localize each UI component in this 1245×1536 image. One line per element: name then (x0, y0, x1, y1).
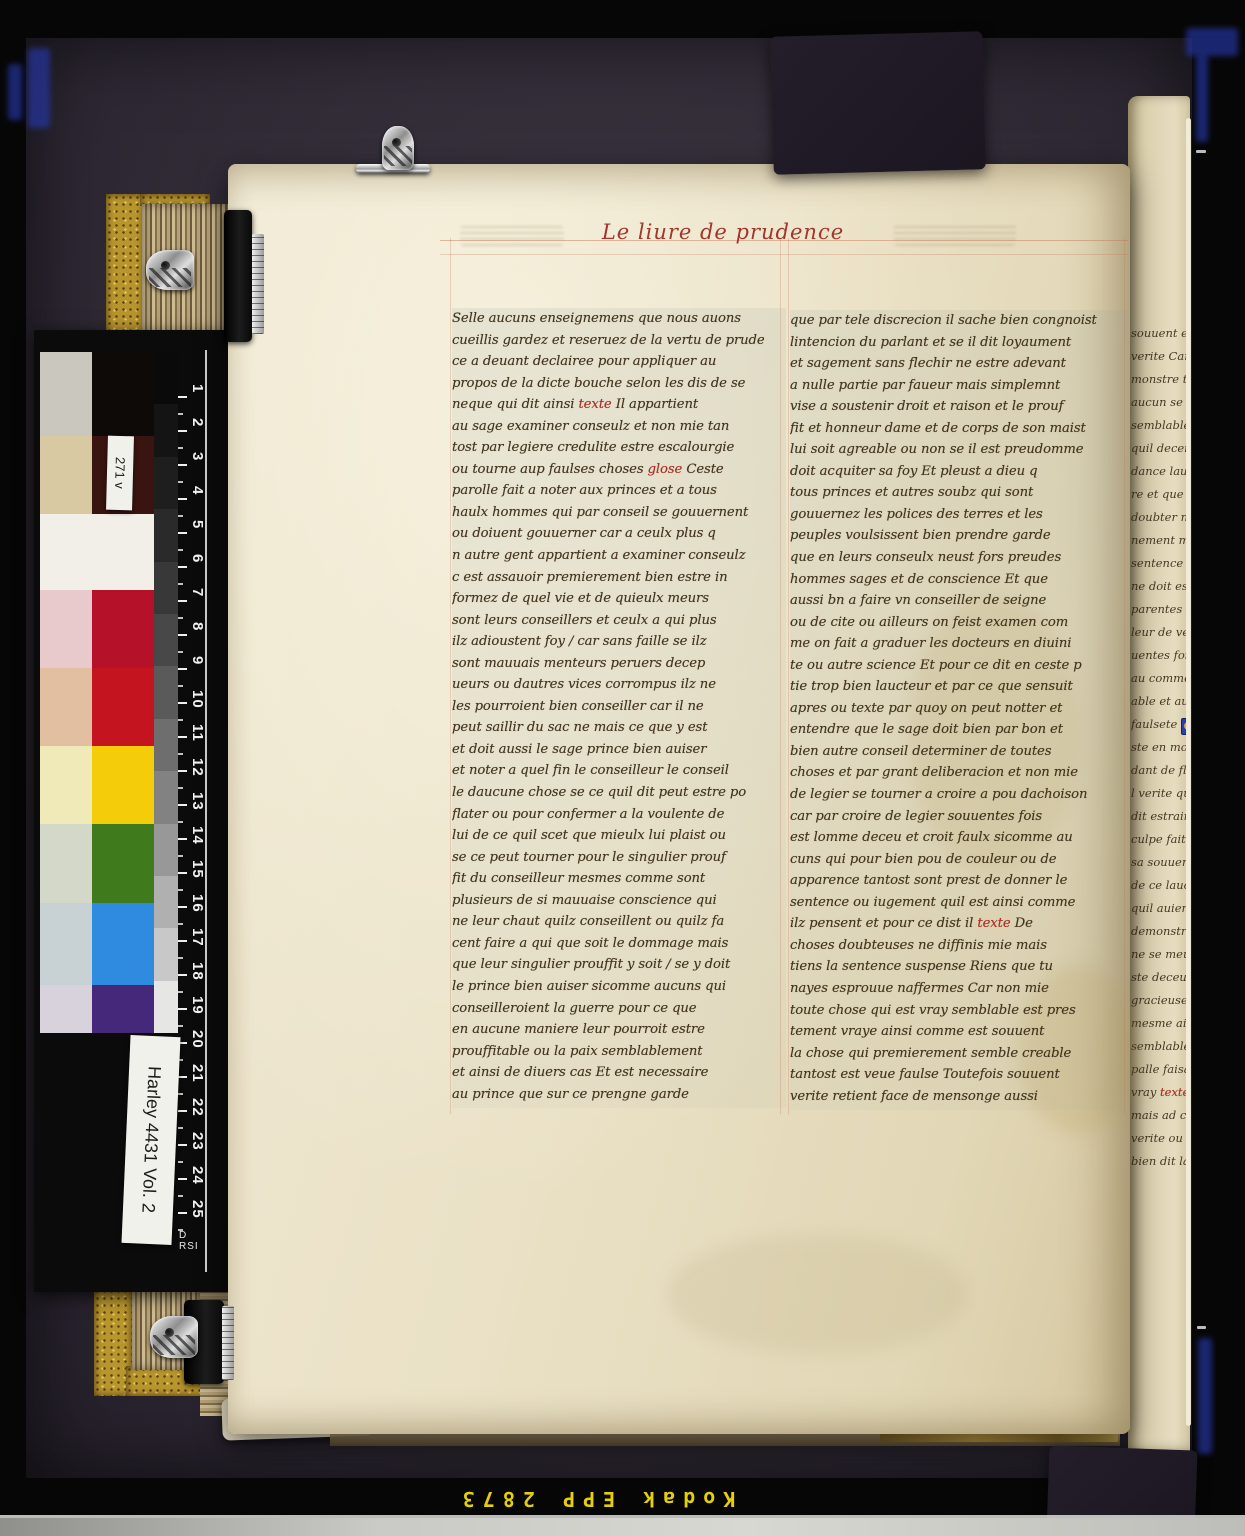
color-swatch (40, 668, 92, 746)
ruler-tick-major (178, 974, 187, 976)
ruler-number: 11 (186, 724, 206, 754)
manuscript-line: et doit aussi le sage prince bien auiser (452, 739, 786, 761)
ruler-tick-minor (178, 991, 183, 993)
ruler-number: 21 (186, 1064, 206, 1094)
ruler-number: 6 (186, 554, 206, 584)
ruler-tick-minor (178, 549, 183, 551)
edge-text-line: demonstre sa chie (1131, 920, 1187, 943)
grayscale-step (154, 352, 178, 404)
manuscript-line: au prince que sur ce prengne garde (452, 1084, 786, 1106)
manuscript-line: me on fait a graduer les docteurs en diu… (790, 633, 1128, 655)
manuscript-line: ce a deuant declairee pour appliquer au (452, 351, 786, 373)
grayscale-step (154, 457, 178, 509)
bulldog-clip-bottom (150, 1316, 198, 1358)
edge-text-line: bien dit laucteur (1131, 1150, 1187, 1173)
grayscale-step (154, 719, 178, 771)
ruler-tick-minor (178, 413, 183, 415)
clip-strap-left (224, 210, 252, 342)
manuscript-line: apres ou texte par quoy on peut notter e… (790, 698, 1128, 720)
manuscript-line: que par tele discrecion il sache bien co… (790, 310, 1128, 332)
edge-text-line: souuent est occul (1131, 322, 1187, 345)
color-swatch (40, 824, 92, 903)
ruler-number: 13 (186, 792, 206, 822)
manuscript-line: ilz pensent et pour ce dist il texte De (790, 913, 1128, 935)
manuscript-line: aussi bn a faire vn conseiller de seigne (790, 590, 1128, 612)
ruler-tick-minor (178, 753, 183, 755)
manuscript-line: peuples voulsissent bien prendre garde (790, 525, 1128, 547)
film-strip-left (252, 234, 264, 334)
edge-text-line: dit estraindre lo (1131, 805, 1187, 828)
ruler-tick-major (178, 532, 187, 534)
ruler-tick-minor (178, 1229, 183, 1231)
manuscript-line: cuns qui pour bien pou de couleur ou de (790, 849, 1128, 871)
edge-text-line: uentes fois ce qui (1131, 644, 1187, 667)
manuscript-line: verite retient face de mensonge aussi (790, 1086, 1128, 1108)
ruler-tick-minor (178, 957, 183, 959)
edge-text-line: palle faisant a c (1131, 1058, 1187, 1081)
ruler-tick-minor (178, 481, 183, 483)
color-swatch (92, 746, 154, 824)
edge-text-line: gracieuse et si (1131, 989, 1187, 1012)
manuscript-line: gouuernez les polices des terres et les (790, 504, 1128, 526)
scanner-bed-strip (0, 1518, 1245, 1536)
color-swatch (92, 668, 154, 746)
manuscript-line: choses et par grant deliberacion et non … (790, 762, 1128, 784)
manuscript-line: tie trop bien laucteur et par ce que sen… (790, 676, 1128, 698)
manuscript-line: fit du conseilleur mesmes comme sont (452, 868, 786, 890)
manuscript-line: ueurs ou dautres vices corrompus ilz ne (452, 674, 786, 696)
ruler-tick-minor (178, 447, 183, 449)
manuscript-line: neque qui dit ainsi texte Il appartient (452, 394, 786, 416)
color-swatch (92, 352, 154, 436)
manuscript-line: tantost est veue faulse Toutefois souuen… (790, 1064, 1128, 1086)
grayscale-step (154, 666, 178, 718)
ruler-tick-minor (178, 1161, 183, 1163)
grayscale-step (154, 876, 178, 928)
ruler-number: 25 (186, 1200, 206, 1230)
manuscript-line: hommes sages et de conscience Et que (790, 569, 1128, 591)
ruler-number: 24 (186, 1166, 206, 1196)
manuscript-line: c est assauoir premierement bien estre i… (452, 567, 786, 589)
bulldog-clip-top (382, 126, 414, 170)
film-edge-dash (1197, 1326, 1206, 1329)
film-blue-mark (8, 64, 22, 120)
color-swatch (40, 746, 92, 824)
edge-text-line: mesme ainsi fau (1131, 1012, 1187, 1035)
running-title: Le liure de prudence (558, 220, 888, 244)
manuscript-line: sont mauuais menteurs peruers decep (452, 653, 786, 675)
manuscript-line: le prince bien auiser sicomme aucuns qui (452, 976, 786, 998)
ruler-tick-major (178, 1110, 187, 1112)
manuscript-line: tement vraye ainsi comme est souuent (790, 1021, 1128, 1043)
page-edge-highlight (1186, 118, 1191, 1426)
edge-text-line: dant de flourir (1131, 759, 1187, 782)
manuscript-line: de legier se tourner a croire a pou dach… (790, 784, 1128, 806)
edge-text-line: l verite qui face (1131, 782, 1187, 805)
edge-text-line: ne se meut il po (1131, 943, 1187, 966)
gilt-edge-top (106, 194, 144, 336)
edge-text-line: parentes et bon (1131, 598, 1187, 621)
manuscript-line: le daucune chose se ce quil dit peut est… (452, 782, 786, 804)
grayscale-step (154, 562, 178, 614)
ruler-tick-minor (178, 889, 183, 891)
color-swatch (40, 352, 92, 436)
edge-text-line: nement mais se (1131, 529, 1187, 552)
manuscript-line: propos de la dicte bouche selon les dis … (452, 373, 786, 395)
ruler-tick-minor (178, 1025, 183, 1027)
edge-text-line: sa souuent face (1131, 851, 1187, 874)
edge-text-line: leur de verite ne (1131, 621, 1187, 644)
photograph-frame: D RSI 1234567891011121314151617181920212… (0, 0, 1245, 1536)
ruler-tick-major (178, 838, 187, 840)
ruler-number: 4 (186, 486, 206, 516)
folio-number-label: 271 v (106, 436, 134, 511)
manuscript-line: se ce peut tourner pour le singulier pro… (452, 847, 786, 869)
edge-text-line: vray texte T (1131, 1081, 1187, 1104)
film-blue-mark (1196, 54, 1208, 142)
manuscript-line: tost par legiere credulite estre escalou… (452, 437, 786, 459)
manuscript-line: choses doubteuses ne diffinis mie mais (790, 935, 1128, 957)
edge-text-line: ste deceueur em (1131, 966, 1187, 989)
ruler-number: 16 (186, 894, 206, 924)
ruler-tick-major (178, 1076, 187, 1078)
ruler-number: 7 (186, 588, 206, 618)
manuscript-line: ne leur chaut quilz conseillent ou quilz… (452, 911, 786, 933)
swatch-row (40, 903, 154, 985)
ruler-number: 5 (186, 520, 206, 550)
manuscript-line: que leur singulier prouffit y soit / se … (452, 954, 786, 976)
color-swatch (92, 590, 154, 668)
edge-text-line: semblable est cou (1131, 414, 1187, 437)
color-swatch (92, 903, 154, 985)
ruled-line-top-2 (440, 254, 1128, 255)
clip-ridges (149, 268, 191, 287)
film-edge-dash (1196, 150, 1206, 153)
ruler-tick-major (178, 396, 187, 398)
ruler-tick-major (178, 1178, 187, 1180)
manuscript-line: lui soit agreable ou non se il est preud… (790, 439, 1128, 461)
swatch-row (40, 352, 154, 436)
bulldog-clip-left (146, 250, 194, 290)
edge-text-line: mais ad ce que c (1131, 1104, 1187, 1127)
grayscale-step (154, 509, 178, 561)
ruler-tick-minor (178, 685, 183, 687)
ruled-column-line (450, 238, 451, 1114)
ruler-tick-minor (178, 651, 183, 653)
fabric-flap-top (770, 31, 986, 175)
rubric-word: glose (648, 462, 683, 477)
manuscript-line: fit et honneur dame et de corps de son m… (790, 418, 1128, 440)
manuscript-line: apparence tantost sont prest de donner l… (790, 870, 1128, 892)
manuscript-line: sentence ou iugement quil est ainsi comm… (790, 892, 1128, 914)
shelfmark-text: Harley 4431 Vol. 2 (137, 1066, 164, 1214)
edge-text-line: ne doit estre (1131, 575, 1187, 598)
edge-text-line: de ce laucteur don (1131, 874, 1187, 897)
ruler-tick-major (178, 770, 187, 772)
manuscript-line: ou tourne aup faulses choses glose Ceste (452, 459, 786, 481)
ruler-number: 9 (186, 656, 206, 686)
manuscript-line: ilz adioustent foy / car sans faille se … (452, 631, 786, 653)
grayscale-step (154, 824, 178, 876)
film-blue-mark (1198, 1338, 1212, 1454)
manuscript-line: au sage examiner conseulz et non mie tan (452, 416, 786, 438)
ruler-tick-minor (178, 923, 183, 925)
ruler-tick-minor (178, 855, 183, 857)
grayscale-step (154, 771, 178, 823)
edge-text-line: re et que len peut (1131, 483, 1187, 506)
manuscript-line: parolle fait a noter aux princes et a to… (452, 480, 786, 502)
manuscript-line: peut saillir du sac ne mais ce que y est (452, 717, 786, 739)
edge-text-line: able et auient sou (1131, 690, 1187, 713)
show-through-smudge (894, 224, 1016, 246)
ruler-tick-major (178, 634, 187, 636)
swatch-row (40, 436, 154, 514)
show-through-smudge (460, 226, 564, 246)
ruler-tick-major (178, 736, 187, 738)
ruler-tick-major (178, 600, 187, 602)
ruler-tick-major (178, 1008, 187, 1010)
swatch-row (40, 985, 154, 1033)
text-column-right: que par tele discrecion il sache bien co… (790, 310, 1128, 1110)
parchment-stain (668, 1234, 968, 1354)
edge-text-line: quil auient aucu (1131, 897, 1187, 920)
ruler-number: 8 (186, 622, 206, 652)
manuscript-line: plusieurs de si mauuaise conscience qui (452, 890, 786, 912)
ruler-number: 12 (186, 758, 206, 788)
manuscript-line: car par croire de legier souuentes fois (790, 806, 1128, 828)
edge-text-line: faulsete C Et p (1131, 713, 1187, 736)
rubric-word: texte (1160, 1085, 1187, 1099)
manuscript-line: lintencion du parlant et se il dit loyau… (790, 332, 1128, 354)
ruler-tick-minor (178, 1093, 183, 1095)
manuscript-line: tiens la sentence suspense Riens que tu (790, 956, 1128, 978)
ruler-strip: D RSI 1234567891011121314151617181920212… (178, 332, 208, 1290)
edge-text-line: verite ou confort (1131, 1127, 1187, 1150)
manuscript-line: vise a soustenir droit et raison et le p… (790, 396, 1128, 418)
ruler-number: 22 (186, 1098, 206, 1128)
ruler-number: 1 (186, 384, 206, 414)
manuscript-line: nayes esprouue naffermes Car non mie (790, 978, 1128, 1000)
manuscript-line: a nulle partie par faueur mais simplemnt (790, 375, 1128, 397)
manuscript-line: ou doiuent gouuerner car a ceulx plus q (452, 523, 786, 545)
manuscript-line: ou de cite ou ailleurs on feist examen c… (790, 612, 1128, 634)
ruler-tick-major (178, 498, 187, 500)
ruler-footer-text: D RSI (179, 1230, 208, 1252)
ruler-number: 3 (186, 452, 206, 482)
manuscript-line: flater ou pour confermer a la voulente d… (452, 804, 786, 826)
color-swatch-column (40, 352, 154, 1033)
manuscript-line: doit acquiter sa foy Et pleust a dieu q (790, 461, 1128, 483)
ruler-tick-minor (178, 515, 183, 517)
ruler-tick-minor (178, 821, 183, 823)
film-blue-mark (1186, 28, 1238, 56)
manuscript-line: et noter a quel fin le conseilleur le co… (452, 760, 786, 782)
swatch-row (40, 746, 154, 824)
edge-text-line: sentence et que (1131, 552, 1187, 575)
manuscript-line: Selle aucuns enseignemens que nous auons (452, 308, 786, 330)
edge-text-line: au commencement (1131, 667, 1187, 690)
manuscript-line: formez de quel vie et de quieulx meurs (452, 588, 786, 610)
edge-text-line: semblable en app (1131, 1035, 1187, 1058)
grayscale-strip (154, 352, 178, 1033)
color-swatch (40, 436, 92, 514)
swatch-row (40, 590, 154, 668)
ruler-tick-major (178, 566, 187, 568)
manuscript-line: que en leurs conseulx neust fors preudes (790, 547, 1128, 569)
ruler-tick-major (178, 906, 187, 908)
ruler-tick-major (178, 1212, 187, 1214)
ruled-column-line (788, 238, 789, 1114)
color-swatch (40, 903, 92, 985)
next-folio-edge-text: souuent est occulverite Car sicomonstre … (1131, 322, 1187, 1182)
edge-text-line: aucun se monst (1131, 391, 1187, 414)
ruler-tick-major (178, 804, 187, 806)
color-swatch (40, 985, 92, 1033)
grayscale-step (154, 614, 178, 666)
manuscript-line: bien autre conseil determiner de toutes (790, 741, 1128, 763)
ruler-tick-major (178, 1144, 187, 1146)
rubric-word: texte (977, 916, 1010, 931)
ruler-tick-major (178, 940, 187, 942)
clip-ridges (153, 1335, 195, 1355)
ruler-tick-minor (178, 719, 183, 721)
manuscript-line: sont leurs conseillers et ceulx a qui pl… (452, 610, 786, 632)
edge-text-line: monstre triste fig (1131, 368, 1187, 391)
manuscript-line: conseilleroient la guerre pour ce que (452, 998, 786, 1020)
manuscript-line: et sagement sans flechir ne estre adevan… (790, 353, 1128, 375)
ruler-number: 18 (186, 962, 206, 992)
edge-text-line: culpe fait vergo (1131, 828, 1187, 851)
manuscript-line: entendre que le sage doit bien par bon e… (790, 719, 1128, 741)
manuscript-page: Le liure de prudence Selle aucuns enseig… (228, 164, 1130, 1434)
manuscript-line: toute chose qui est vray semblable est p… (790, 1000, 1128, 1022)
ruler-tick-major (178, 464, 187, 466)
manuscript-line: prouffitable ou la paix semblablement (452, 1041, 786, 1063)
ruler-tick-major (178, 702, 187, 704)
ruler-number: 19 (186, 996, 206, 1026)
ruler-tick-minor (178, 1195, 183, 1197)
ruler-number: 23 (186, 1132, 206, 1162)
ruler-tick-minor (178, 617, 183, 619)
ruler-number: 2 (186, 418, 206, 448)
edge-text-line: quil deceiue et se (1131, 437, 1187, 460)
color-swatch (40, 590, 92, 668)
ruler-tick-major (178, 430, 187, 432)
ruler-tick-minor (178, 787, 183, 789)
edge-text-line: ste en moult beau (1131, 736, 1187, 759)
edge-text-line: verite Car sico (1131, 345, 1187, 368)
grayscale-step (154, 404, 178, 456)
edge-text-line: dance laucteur (1131, 460, 1187, 483)
text-column-left: Selle aucuns enseignemens que nous auons… (452, 308, 786, 1108)
manuscript-line: te ou autre science Et pour ce dit en ce… (790, 655, 1128, 677)
manuscript-line: lui de ce quil scet que mieulx lui plais… (452, 825, 786, 847)
manuscript-line: les pourroient bien conseiller car il ne (452, 696, 786, 718)
rubric-word: texte (578, 397, 611, 412)
ruler-tick-major (178, 872, 187, 874)
clip-ridges (384, 146, 412, 167)
manuscript-line: la chose qui premierement semble creable (790, 1043, 1128, 1065)
ruler-number: 17 (186, 928, 206, 958)
manuscript-line: est lomme deceu et croit faulx sicomme a… (790, 827, 1128, 849)
grayscale-step (154, 981, 178, 1033)
color-swatch (40, 514, 154, 590)
shelfmark-label: Harley 4431 Vol. 2 (121, 1035, 180, 1245)
ruler-number: 15 (186, 860, 206, 890)
color-swatch (92, 985, 154, 1033)
manuscript-line: tous princes et autres soubz qui sont (790, 482, 1128, 504)
manuscript-line: haulx hommes qui par conseil se gouuerne… (452, 502, 786, 524)
grayscale-step (154, 928, 178, 980)
film-brand-text: Kodak EPP 2873 (360, 1484, 830, 1514)
swatch-row (40, 668, 154, 746)
manuscript-line: et ainsi de diuers cas Et est necessaire (452, 1062, 786, 1084)
swatch-row (40, 514, 154, 590)
folio-number-text: 271 v (112, 457, 128, 489)
film-blue-mark (28, 48, 50, 128)
ruler-tick-minor (178, 1127, 183, 1129)
manuscript-line: n autre gent appartient a examiner conse… (452, 545, 786, 567)
ruler-tick-major (178, 668, 187, 670)
manuscript-line: en aucune maniere leur pourroit estre (452, 1019, 786, 1041)
swatch-row (40, 824, 154, 903)
film-strip-bottom (222, 1306, 234, 1380)
manuscript-line: cueillis gardez et reseruez de la vertu … (452, 330, 786, 352)
ruler-number: 14 (186, 826, 206, 856)
color-swatch (92, 824, 154, 903)
ruler-number: 20 (186, 1030, 206, 1060)
ruler-tick-minor (178, 583, 183, 585)
ruler-number: 10 (186, 690, 206, 720)
edge-text-line: doubter ne do (1131, 506, 1187, 529)
manuscript-line: cent faire a qui que soit le dommage mai… (452, 933, 786, 955)
